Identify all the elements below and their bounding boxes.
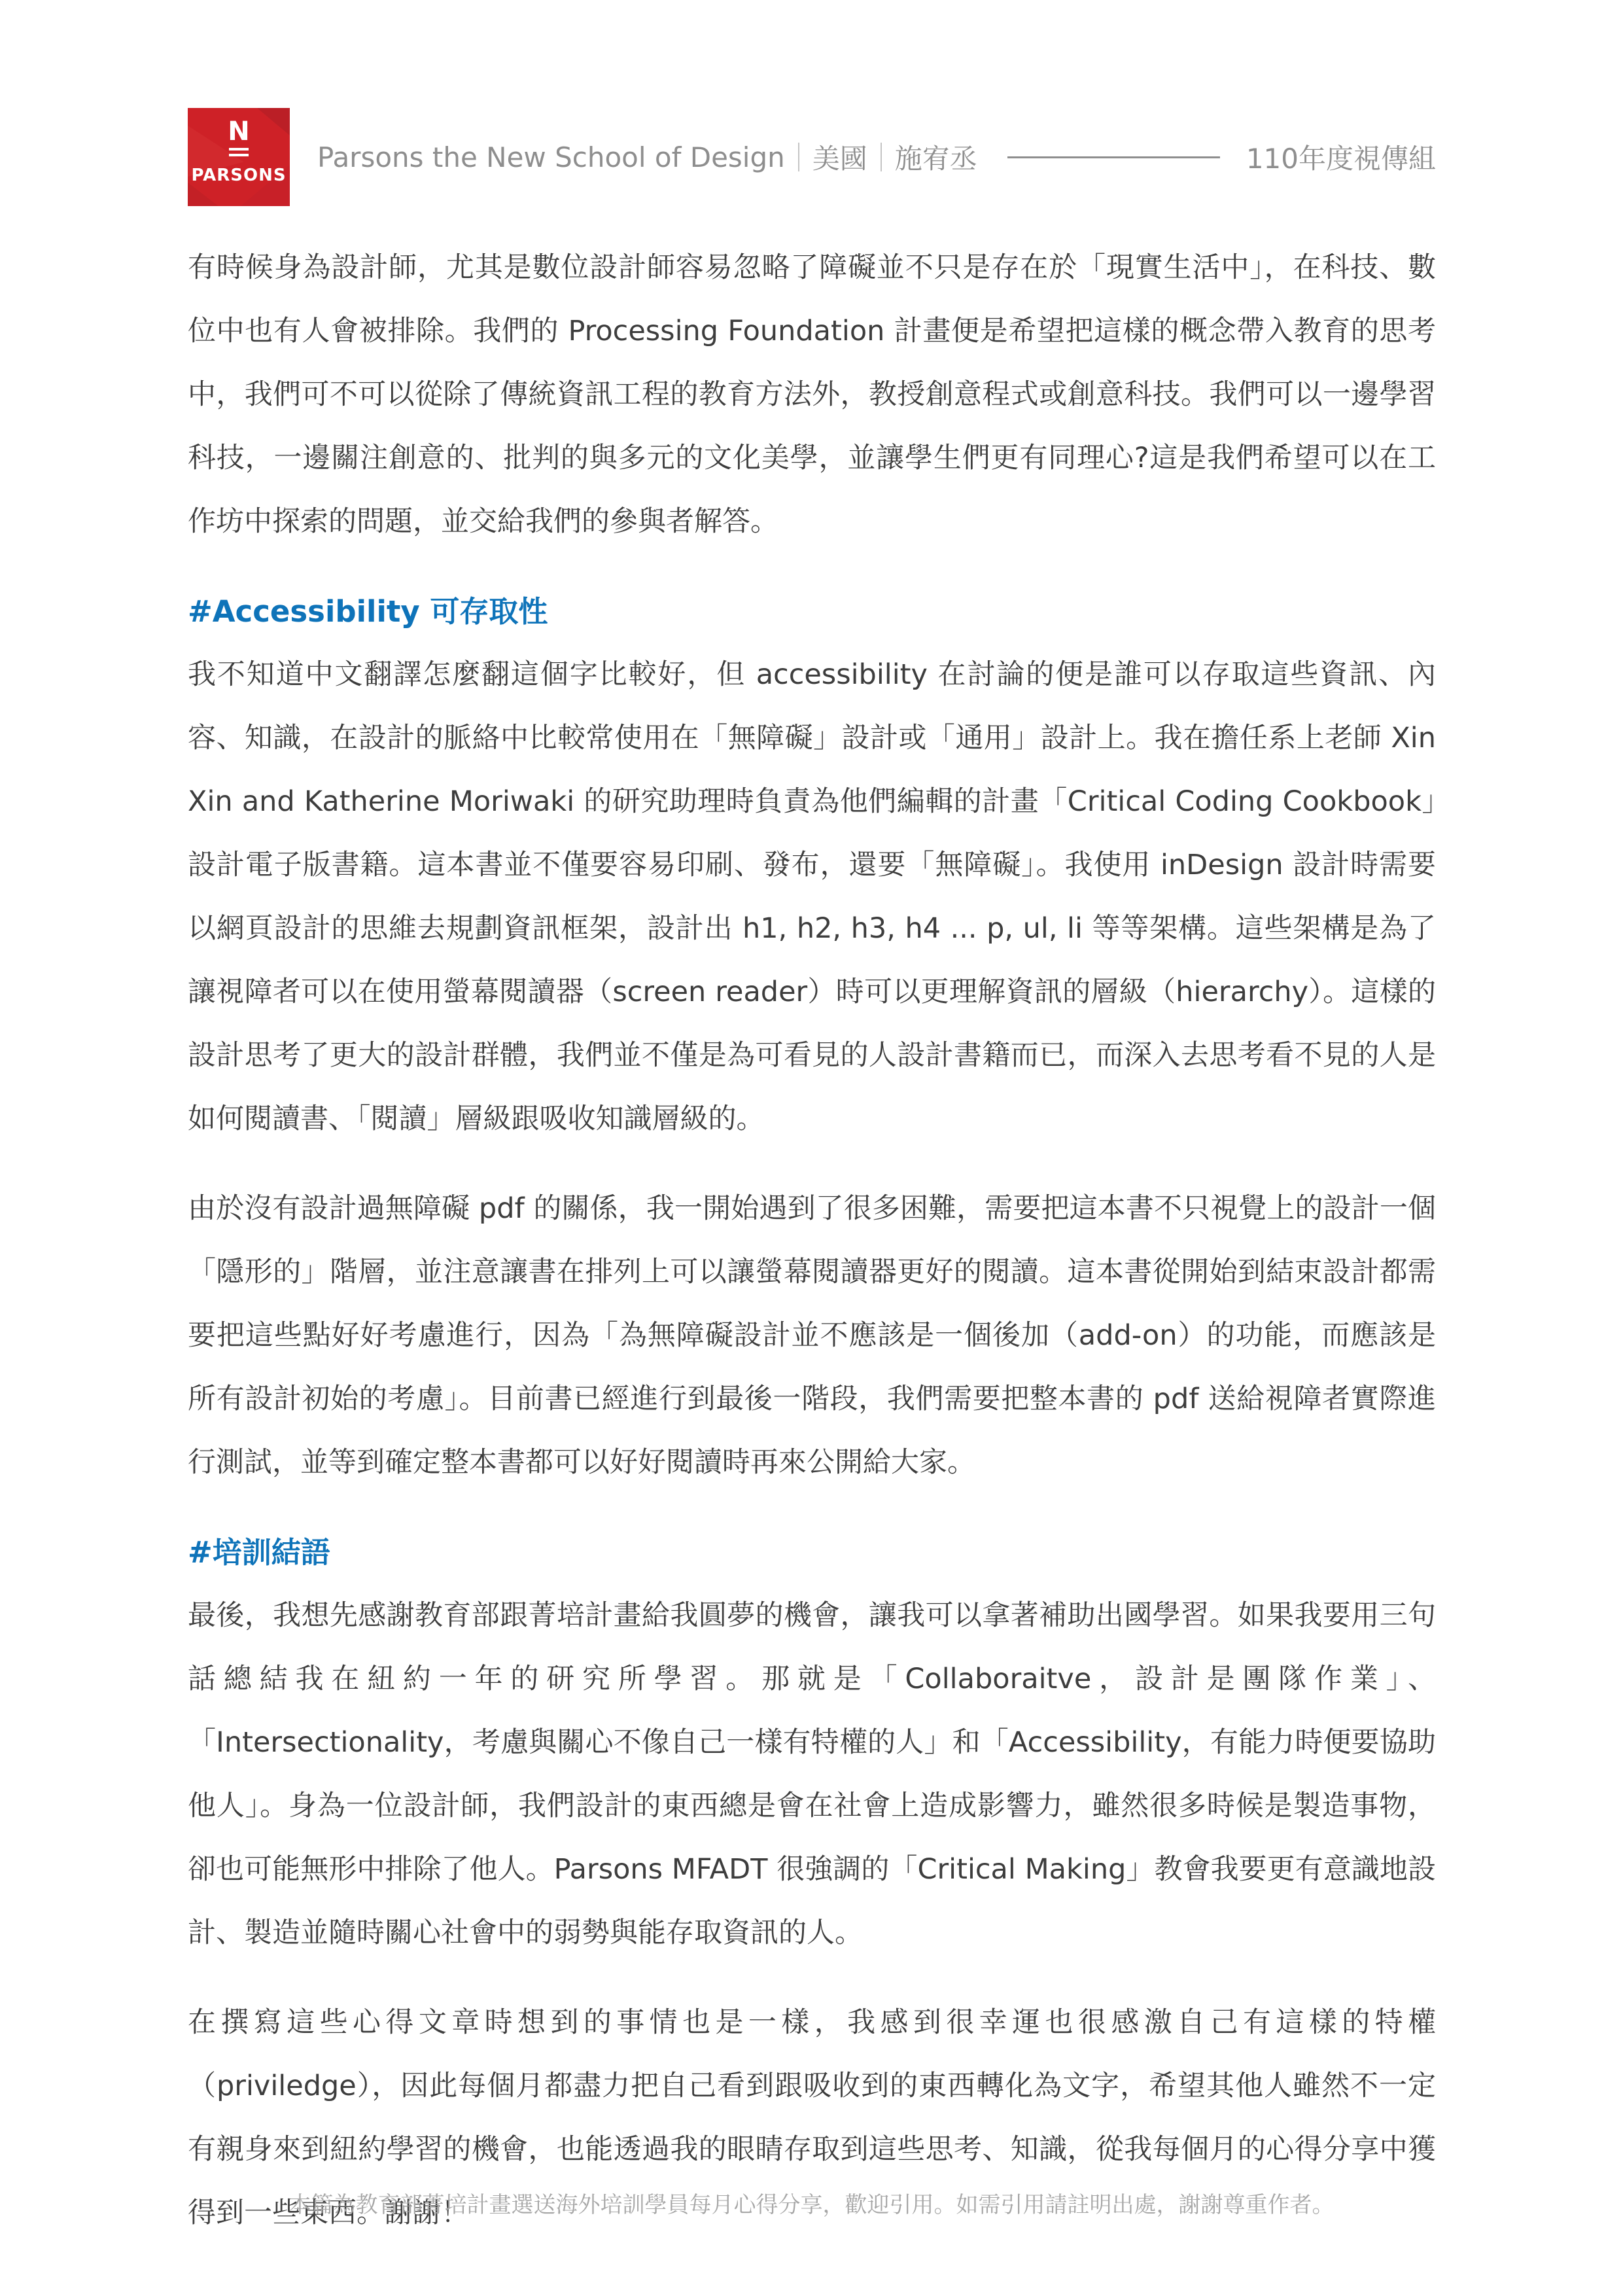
n-mark-underline <box>229 154 249 156</box>
page-footer: 本篇為教育部菁培計畫選送海外培訓學員每月心得分享，歡迎引用。如需引用請註明出處，… <box>0 2187 1623 2219</box>
section-heading-accessibility: #Accessibility 可存取性 <box>188 580 1436 643</box>
accessibility-paragraph-1: 我不知道中文翻譯怎麼翻這個字比較好，但 accessibility 在討論的便是… <box>188 643 1436 1151</box>
parsons-logo: N PARSONS <box>188 108 290 206</box>
accessibility-paragraph-2: 由於沒有設計過無障礙 pdf 的關係，我一開始遇到了很多困難，需要把這本書不只視… <box>188 1177 1436 1494</box>
cohort-label: 110年度視傳組 <box>1246 137 1436 177</box>
author-name: 施宥丞 <box>895 137 977 177</box>
header-separator <box>881 143 882 171</box>
logo-content: N PARSONS <box>188 118 290 185</box>
header-separator <box>798 143 799 171</box>
n-mark-underline <box>229 148 249 150</box>
intro-paragraph: 有時候身為設計師，尤其是數位設計師容易忽略了障礙並不只是存在於「現實生活中」，在… <box>188 236 1436 554</box>
country-label: 美國 <box>812 137 867 177</box>
school-name: Parsons the New School of Design <box>317 141 785 173</box>
header-divider-line <box>1007 156 1220 158</box>
document-page: N PARSONS Parsons the New School of Desi… <box>0 0 1623 2245</box>
page-header: N PARSONS Parsons the New School of Desi… <box>0 0 1623 206</box>
new-school-n-mark: N <box>188 118 290 145</box>
footer-note: 本篇為教育部菁培計畫選送海外培訓學員每月心得分享，歡迎引用。如需引用請註明出處，… <box>289 2192 1335 2218</box>
section-heading-conclusion: #培訓結語 <box>188 1521 1436 1584</box>
header-title-row: Parsons the New School of Design 美國 施宥丞 … <box>317 137 1436 177</box>
article-body: 有時候身為設計師，尤其是數位設計師容易忽略了障礙並不只是存在於「現實生活中」，在… <box>0 236 1623 2245</box>
conclusion-paragraph-1: 最後，我想先感謝教育部跟菁培計畫給我圓夢的機會，讓我可以拿著補助出國學習。如果我… <box>188 1584 1436 1965</box>
logo-brand-text: PARSONS <box>188 166 290 185</box>
